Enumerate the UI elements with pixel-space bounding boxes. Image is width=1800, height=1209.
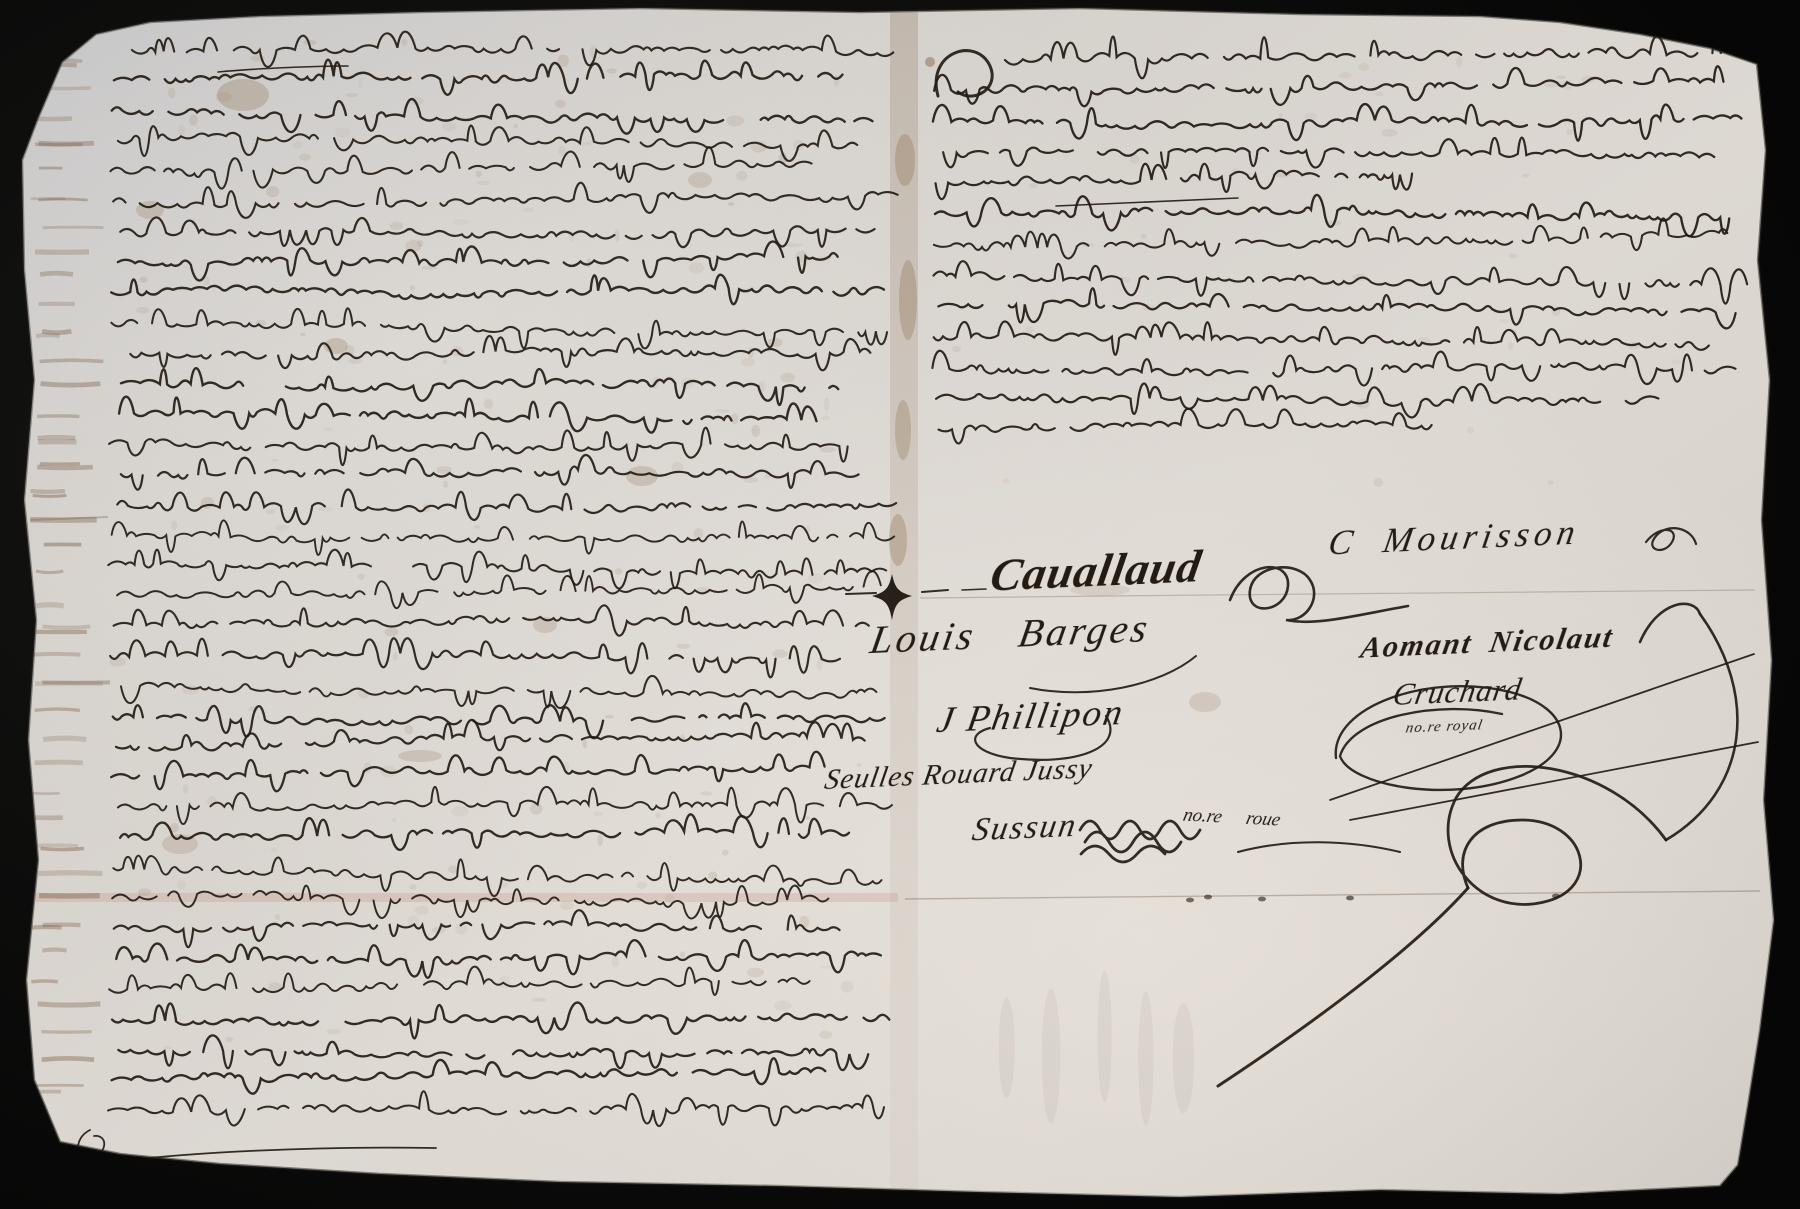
- signature-sussun-title: no.re roue: [1181, 805, 1282, 829]
- manuscript-drawing: [0, 0, 1800, 1209]
- manuscript-photo: Cauallaud C Mourisson Louis Barges Aoman…: [0, 0, 1800, 1209]
- signature-cruchard: Cruchard: [1391, 673, 1525, 710]
- signature-cauallaud: Cauallaud: [987, 543, 1205, 598]
- signature-sussun: Sussun: [970, 810, 1080, 847]
- signature-phillipon: J Phillipon: [934, 694, 1127, 739]
